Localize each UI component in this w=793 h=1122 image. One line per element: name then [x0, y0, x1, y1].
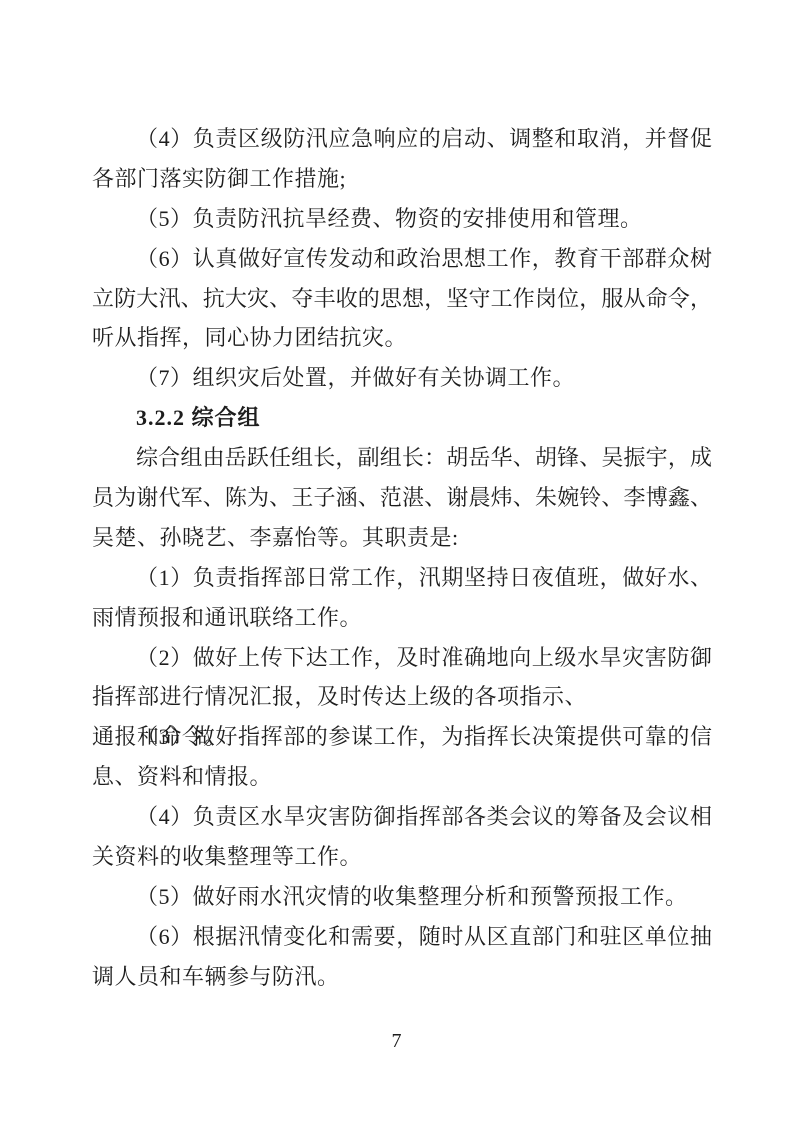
text-line: （5）做好雨水汛灾情的收集整理分析和预警预报工作。 — [92, 877, 712, 917]
text-line: 雨情预报和通讯联络工作。 — [92, 598, 712, 638]
text-line: 指挥部进行情况汇报，及时传达上级的各项指示、通报和命令。 — [92, 677, 712, 717]
text-line: （6）认真做好宣传发动和政治思想工作，教育干部群众树 — [92, 239, 712, 279]
text-line: （3）做好指挥部的参谋工作，为指挥长决策提供可靠的信 — [92, 717, 712, 757]
page-number: 7 — [0, 1028, 793, 1054]
text-line: 听从指挥，同心协力团结抗灾。 — [92, 318, 712, 358]
text-line: （5）负责防汛抗旱经费、物资的安排使用和管理。 — [92, 199, 712, 239]
text-line: （1）负责指挥部日常工作，汛期坚持日夜值班，做好水、 — [92, 558, 712, 598]
section-heading: 3.2.2 综合组 — [92, 398, 712, 438]
text-line: 立防大汛、抗大灾、夺丰收的思想，坚守工作岗位，服从命令， — [92, 279, 712, 319]
text-line: （4）负责区级防汛应急响应的启动、调整和取消，并督促 — [92, 119, 712, 159]
text-line: 调人员和车辆参与防汛。 — [92, 957, 712, 997]
text-line: 各部门落实防御工作措施; — [92, 159, 712, 199]
text-line: （7）组织灾后处置，并做好有关协调工作。 — [92, 358, 712, 398]
text-line: 关资料的收集整理等工作。 — [92, 837, 712, 877]
text-line: 综合组由岳跃任组长，副组长：胡岳华、胡锋、吴振宇，成 — [92, 438, 712, 478]
text-line: （4）负责区水旱灾害防御指挥部各类会议的筹备及会议相 — [92, 797, 712, 837]
text-line: 吴楚、孙晓艺、李嘉怡等。其职责是: — [92, 518, 712, 558]
document-page: （4）负责区级防汛应急响应的启动、调整和取消，并督促各部门落实防御工作措施;（5… — [0, 0, 793, 1122]
text-line: 息、资料和情报。 — [92, 757, 712, 797]
text-block: （4）负责区级防汛应急响应的启动、调整和取消，并督促各部门落实防御工作措施;（5… — [92, 119, 712, 997]
text-line: （2）做好上传下达工作，及时准确地向上级水旱灾害防御 — [92, 638, 712, 678]
text-line: 员为谢代军、陈为、王子涵、范湛、谢晨炜、朱婉铃、李博鑫、 — [92, 478, 712, 518]
text-line: （6）根据汛情变化和需要，随时从区直部门和驻区单位抽 — [92, 917, 712, 957]
